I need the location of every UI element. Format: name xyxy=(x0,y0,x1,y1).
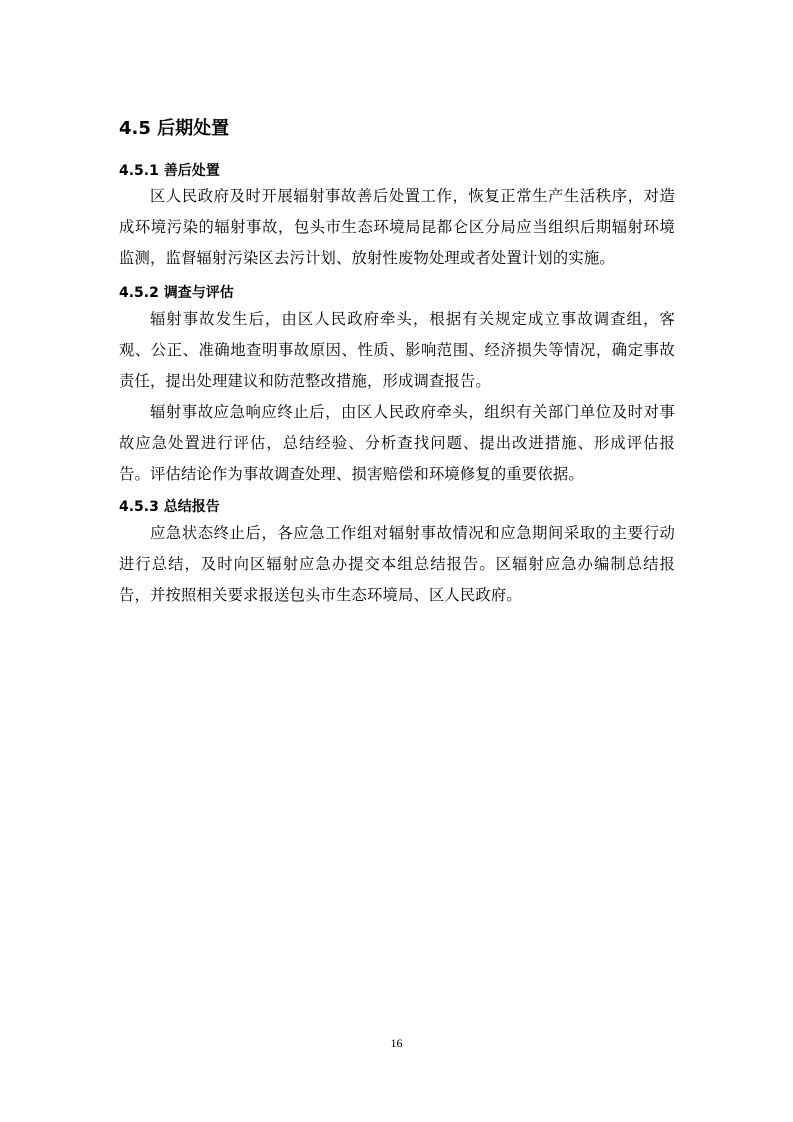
subsection-heading-summary-report: 4.5.3 总结报告 xyxy=(119,496,220,516)
paragraph: 辐射事故应急响应终止后，由区人民政府牵头，组织有关部门单位及时对事故应急处置进行… xyxy=(119,397,675,490)
page-number: 16 xyxy=(0,1036,793,1051)
subsection-heading-aftermath: 4.5.1 善后处置 xyxy=(119,160,220,180)
paragraph: 应急状态终止后，各应急工作组对辐射事故情况和应急期间采取的主要行动进行总结，及时… xyxy=(119,518,675,611)
paragraph: 区人民政府及时开展辐射事故善后处置工作，恢复正常生产生活秩序，对造成环境污染的辐… xyxy=(119,181,675,274)
paragraph: 辐射事故发生后，由区人民政府牵头，根据有关规定成立事故调查组，客观、公正、准确地… xyxy=(119,304,675,397)
subsection-heading-investigation: 4.5.2 调查与评估 xyxy=(119,282,234,302)
section-heading: 4.5 后期处置 xyxy=(119,114,229,140)
document-page: 4.5 后期处置 4.5.1 善后处置 区人民政府及时开展辐射事故善后处置工作，… xyxy=(0,0,793,1122)
